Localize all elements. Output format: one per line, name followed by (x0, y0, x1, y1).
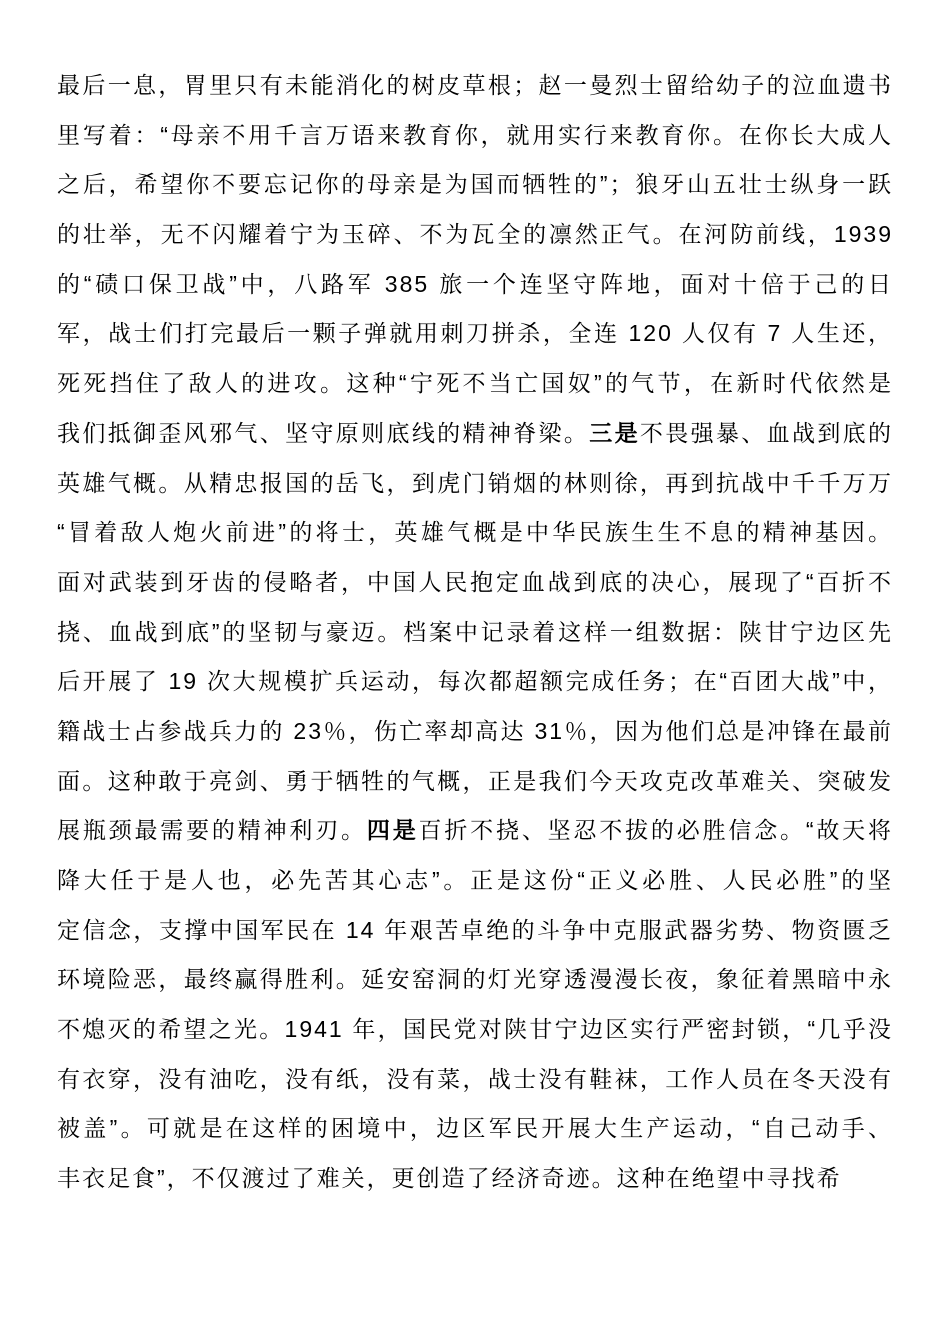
text-line: 英雄气概。从精忠报国的岳飞，到虎门销烟的林则徐，再到抗战中千千万万 (57, 459, 893, 509)
text-segment: 英雄气概。从精忠报国的岳飞，到虎门销烟的林则徐，再到抗战中千千万万 (57, 470, 893, 496)
text-segment: 之后，希望你不要忘记你的母亲是为国而牺牲的”；狼牙山五壮士纵身一跃 (57, 171, 893, 197)
text-line: 后开展了 19 次大规模扩兵运动，每次都超额完成任务；在“百团大战”中， (57, 657, 893, 707)
text-line: 里写着：“母亲不用千言万语来教育你，就用实行来教育你。在你长大成人 (57, 111, 893, 161)
text-segment: 展瓶颈最需要的精神利刃。 (57, 817, 367, 843)
text-segment: 有衣穿，没有油吃，没有纸，没有菜，战士没有鞋袜，工作人员在冬天没有 (57, 1066, 893, 1092)
text-line: 我们抵御歪风邪气、坚守原则底线的精神脊梁。三是不畏强暴、血战到底的 (57, 409, 893, 459)
text-line: 面。这种敢于亮剑、勇于牺牲的气概，正是我们今天攻克改革难关、突破发 (57, 757, 893, 807)
text-segment: 籍战士占参战兵力的 23％，伤亡率却高达 31％，因为他们总是冲锋在最前 (57, 718, 893, 744)
text-segment: 我们抵御歪风邪气、坚守原则底线的精神脊梁。 (57, 420, 589, 446)
text-line: 的壮举，无不闪耀着宁为玉碎、不为瓦全的凛然正气。在河防前线，1939 年 (57, 210, 893, 260)
text-segment: 军，战士们打完最后一颗子弹就用刺刀拼杀，全连 120 人仅有 7 人生还，却 (57, 320, 893, 359)
text-line: 不熄灭的希望之光。1941 年，国民党对陕甘宁边区实行严密封锁，“几乎没 (57, 1005, 893, 1055)
document-page: 最后一息，胃里只有未能消化的树皮草根；赵一曼烈士留给幼子的泣血遗书里写着：“母亲… (0, 0, 950, 1344)
text-segment: 死死挡住了敌人的进攻。这种“宁死不当亡国奴”的气节，在新时代依然是 (57, 370, 893, 396)
text-segment: 后开展了 19 次大规模扩兵运动，每次都超额完成任务；在“百团大战”中， (57, 668, 893, 694)
text-line: 被盖”。可就是在这样的困境中，边区军民开展大生产运动，“自己动手、 (57, 1104, 893, 1154)
text-line: 死死挡住了敌人的进攻。这种“宁死不当亡国奴”的气节，在新时代依然是 (57, 359, 893, 409)
text-segment: 最后一息，胃里只有未能消化的树皮草根；赵一曼烈士留给幼子的泣血遗书 (57, 72, 893, 98)
text-segment: 百折不挠、坚忍不拔的必胜信念。“故天将 (419, 817, 893, 843)
text-line: 展瓶颈最需要的精神利刃。四是百折不挠、坚忍不拔的必胜信念。“故天将 (57, 806, 893, 856)
text-segment: 面。这种敢于亮剑、勇于牺牲的气概，正是我们今天攻克改革难关、突破发 (57, 768, 893, 794)
text-segment: 的“碛口保卫战”中，八路军 385 旅一个连坚守阵地，面对十倍于己的日 (57, 271, 893, 297)
text-segment: 挠、血战到底”的坚韧与豪迈。档案中记录着这样一组数据：陕甘宁边区先 (57, 619, 893, 645)
text-line: 丰衣足食”，不仅渡过了难关，更创造了经济奇迹。这种在绝望中寻找希 (57, 1154, 893, 1204)
text-line: 之后，希望你不要忘记你的母亲是为国而牺牲的”；狼牙山五壮士纵身一跃 (57, 160, 893, 210)
document-body: 最后一息，胃里只有未能消化的树皮草根；赵一曼烈士留给幼子的泣血遗书里写着：“母亲… (57, 61, 893, 1204)
text-segment: 的壮举，无不闪耀着宁为玉碎、不为瓦全的凛然正气。在河防前线，1939 年 (57, 221, 893, 260)
text-segment: 不畏强暴、血战到底的 (640, 420, 893, 446)
text-segment: 四是 (367, 817, 419, 843)
text-line: 降大任于是人也，必先苦其心志”。正是这份“正义必胜、人民必胜”的坚 (57, 856, 893, 906)
text-segment: 不熄灭的希望之光。1941 年，国民党对陕甘宁边区实行严密封锁，“几乎没 (57, 1016, 893, 1042)
text-line: “冒着敌人炮火前进”的将士，英雄气概是中华民族生生不息的精神基因。 (57, 508, 893, 558)
text-line: 面对武装到牙齿的侵略者，中国人民抱定血战到底的决心，展现了“百折不 (57, 558, 893, 608)
text-segment: 丰衣足食”，不仅渡过了难关，更创造了经济奇迹。这种在绝望中寻找希 (57, 1165, 842, 1191)
text-segment: 降大任于是人也，必先苦其心志”。正是这份“正义必胜、人民必胜”的坚 (57, 867, 893, 893)
text-segment: 里写着：“母亲不用千言万语来教育你，就用实行来教育你。在你长大成人 (57, 122, 893, 148)
text-line: 环境险恶，最终赢得胜利。延安窑洞的灯光穿透漫漫长夜，象征着黑暗中永 (57, 955, 893, 1005)
text-segment: 三是 (589, 420, 640, 446)
text-segment: 环境险恶，最终赢得胜利。延安窑洞的灯光穿透漫漫长夜，象征着黑暗中永 (57, 966, 893, 992)
text-line: 军，战士们打完最后一颗子弹就用刺刀拼杀，全连 120 人仅有 7 人生还，却 (57, 309, 893, 359)
text-line: 挠、血战到底”的坚韧与豪迈。档案中记录着这样一组数据：陕甘宁边区先 (57, 608, 893, 658)
text-segment: 被盖”。可就是在这样的困境中，边区军民开展大生产运动，“自己动手、 (57, 1115, 893, 1141)
text-segment: “冒着敌人炮火前进”的将士，英雄气概是中华民族生生不息的精神基因。 (57, 519, 893, 545)
text-line: 籍战士占参战兵力的 23％，伤亡率却高达 31％，因为他们总是冲锋在最前 (57, 707, 893, 757)
text-line: 定信念，支撑中国军民在 14 年艰苦卓绝的斗争中克服武器劣势、物资匮乏与 (57, 906, 893, 956)
text-segment: 定信念，支撑中国军民在 14 年艰苦卓绝的斗争中克服武器劣势、物资匮乏与 (57, 917, 893, 956)
text-line: 有衣穿，没有油吃，没有纸，没有菜，战士没有鞋袜，工作人员在冬天没有 (57, 1055, 893, 1105)
text-line: 的“碛口保卫战”中，八路军 385 旅一个连坚守阵地，面对十倍于己的日 (57, 260, 893, 310)
text-segment: 面对武装到牙齿的侵略者，中国人民抱定血战到底的决心，展现了“百折不 (57, 569, 893, 595)
text-line: 最后一息，胃里只有未能消化的树皮草根；赵一曼烈士留给幼子的泣血遗书 (57, 61, 893, 111)
